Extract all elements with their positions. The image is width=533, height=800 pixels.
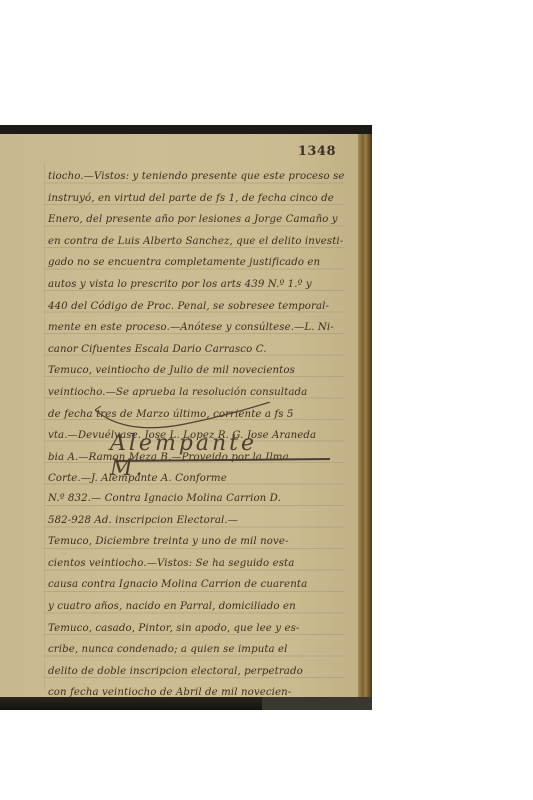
signature: Alempante M. <box>80 429 300 469</box>
text-line: en contra de Luis Alberto Sanchez, que e… <box>48 231 344 253</box>
text-line: Temuco, casado, Pintor, sin apodo, que l… <box>48 618 344 640</box>
text-line: Temuco, veintiocho de Julio de mil novec… <box>48 360 344 382</box>
book-binding-edge <box>358 134 372 697</box>
margin-line <box>44 162 45 692</box>
text-line: Temuco, Diciembre treinta y uno de mil n… <box>48 531 344 553</box>
text-line: canor Cifuentes Escala Dario Carrasco C. <box>48 339 344 361</box>
text-line: mente en este proceso.—Anótese y consúlt… <box>48 317 344 339</box>
page-number: 1348 <box>298 144 336 159</box>
text-line: veintiocho.—Se aprueba la resolución con… <box>48 382 344 404</box>
text-line: autos y vista lo prescrito por los arts … <box>48 274 344 296</box>
text-line: cientos veintiocho.—Vistos: Se ha seguid… <box>48 553 344 575</box>
scan-bottom-light-patch <box>262 697 372 710</box>
text-line: delito de doble inscripcion electoral, p… <box>48 661 344 683</box>
text-line: 440 del Código de Proc. Penal, se sobres… <box>48 296 344 318</box>
text-line: gado no se encuentra completamente justi… <box>48 252 344 274</box>
signature-text: Alempante M. <box>110 431 300 481</box>
entry-section-2: N.º 832.— Contra Ignacio Molina Carrion … <box>48 488 344 710</box>
text-line: causa contra Ignacio Molina Carrion de c… <box>48 574 344 596</box>
text-line: y cuatro años, nacido en Parral, domicil… <box>48 596 344 618</box>
text-line: cribe, nunca condenado; a quien se imput… <box>48 639 344 661</box>
scan-bottom-border <box>0 697 372 710</box>
text-line: 582-928 Ad. inscripcion Electoral.— <box>48 510 344 532</box>
text-line: N.º 832.— Contra Ignacio Molina Carrion … <box>48 488 344 510</box>
scanned-ledger-page: 1348 tiocho.—Vistos: y teniendo presente… <box>0 125 372 710</box>
text-line: instruyó, en virtud del parte de fs 1, d… <box>48 188 344 210</box>
paper-sheet: 1348 tiocho.—Vistos: y teniendo presente… <box>0 134 358 697</box>
text-line: tiocho.—Vistos: y teniendo presente que … <box>48 166 344 188</box>
text-line: Enero, del presente año por lesiones a J… <box>48 209 344 231</box>
